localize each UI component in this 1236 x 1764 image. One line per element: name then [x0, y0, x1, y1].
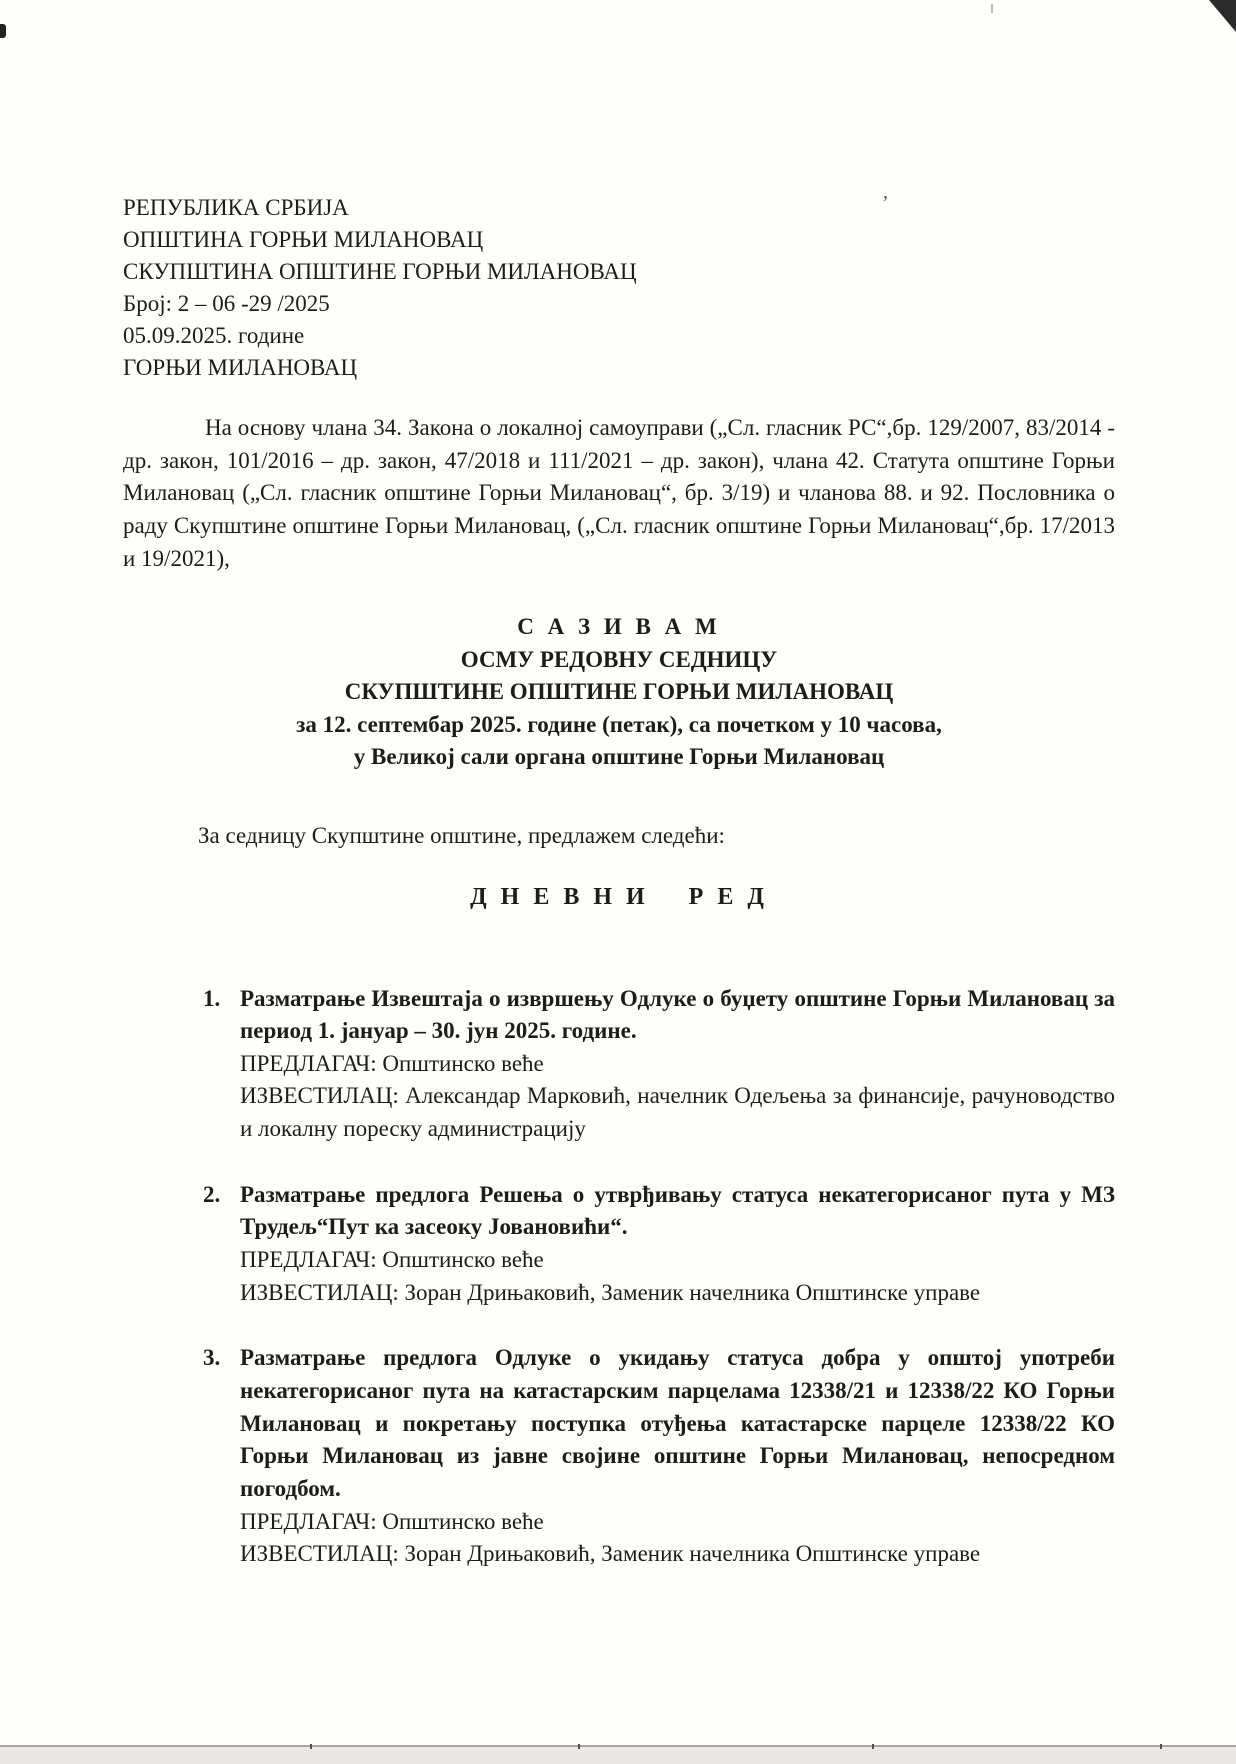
header-assembly: СКУПШТИНА ОПШТИНЕ ГОРЊИ МИЛАНОВАЦ: [123, 256, 1115, 288]
scan-speck: [310, 1744, 312, 1749]
agenda-item-title: Разматрање предлога Одлуке о укидању ста…: [240, 1342, 1115, 1505]
agenda-item-title: Разматрање предлога Решења о утврђивању …: [240, 1179, 1115, 1244]
rapporteur-label: ИЗВЕСТИЛАЦ:: [240, 1083, 399, 1108]
header-municipality: ОПШТИНА ГОРЊИ МИЛАНОВАЦ: [123, 224, 1115, 256]
proposer-value: Општинско веће: [382, 1051, 543, 1076]
agenda-item-proposer: ПРЕДЛАГАЧ: Општинско веће: [240, 1244, 1115, 1277]
agenda-item-2: 2. Разматрање предлога Решења о утврђива…: [203, 1179, 1115, 1310]
proposal-intro: За седницу Скупштине општине, предлажем …: [123, 820, 1115, 853]
proposer-label: ПРЕДЛАГАЧ:: [240, 1051, 377, 1076]
agenda-item-3: 3. Разматрање предлога Одлуке о укидању …: [203, 1342, 1115, 1571]
convocation-venue: у Великој сали органа општине Горњи Мила…: [123, 741, 1115, 774]
scan-edge-artifact: [0, 24, 6, 38]
proposer-label: ПРЕДЛАГАЧ:: [240, 1509, 377, 1534]
agenda-item-rapporteur: ИЗВЕСТИЛАЦ: Александар Марковић, начелни…: [240, 1080, 1115, 1145]
proposer-label: ПРЕДЛАГАЧ:: [240, 1247, 377, 1272]
agenda-item-rapporteur: ИЗВЕСТИЛАЦ: Зоран Дрињаковић, Заменик на…: [240, 1277, 1115, 1310]
proposer-value: Општинско веће: [382, 1509, 543, 1534]
header-republic: РЕПУБЛИКА СРБИЈА: [123, 192, 1115, 224]
scan-corner-artifact: [1209, 0, 1236, 32]
scan-speck: [1160, 1744, 1162, 1749]
rapporteur-value: Зоран Дрињаковић, Заменик начелника Општ…: [404, 1280, 980, 1305]
legal-basis-paragraph: На основу члана 34. Закона о локалној са…: [123, 412, 1115, 575]
agenda-item-proposer: ПРЕДЛАГАЧ: Општинско веће: [240, 1048, 1115, 1081]
agenda-list: 1. Разматрање Извештаја о извршењу Одлук…: [203, 983, 1115, 1572]
agenda-item-number: 2.: [203, 1179, 220, 1212]
rapporteur-value: Зоран Дрињаковић, Заменик начелника Општ…: [404, 1541, 980, 1566]
scanned-document-page: ’ РЕПУБЛИКА СРБИЈА ОПШТИНА ГОРЊИ МИЛАНОВ…: [0, 0, 1236, 1764]
scan-speck: [872, 1744, 874, 1749]
document-content: РЕПУБЛИКА СРБИЈА ОПШТИНА ГОРЊИ МИЛАНОВАЦ…: [123, 192, 1115, 1604]
scan-speck: [578, 1744, 580, 1749]
scan-bottom-edge: [0, 1745, 1236, 1764]
document-header: РЕПУБЛИКА СРБИЈА ОПШТИНА ГОРЊИ МИЛАНОВАЦ…: [123, 192, 1115, 384]
agenda-item-1: 1. Разматрање Извештаја о извршењу Одлук…: [203, 983, 1115, 1146]
agenda-item-number: 3.: [203, 1342, 220, 1375]
agenda-item-title: Разматрање Извештаја о извршењу Одлуке о…: [240, 983, 1115, 1048]
convocation-session: ОСМУ РЕДОВНУ СЕДНИЦУ: [123, 644, 1115, 677]
agenda-item-number: 1.: [203, 983, 220, 1016]
proposer-value: Општинско веће: [382, 1247, 543, 1272]
rapporteur-label: ИЗВЕСТИЛАЦ:: [240, 1280, 399, 1305]
agenda-item-proposer: ПРЕДЛАГАЧ: Општинско веће: [240, 1506, 1115, 1539]
header-place: ГОРЊИ МИЛАНОВАЦ: [123, 352, 1115, 384]
header-case-number: Број: 2 – 06 -29 /2025: [123, 288, 1115, 320]
convocation-block: С А З И В А М ОСМУ РЕДОВНУ СЕДНИЦУ СКУПШ…: [123, 611, 1115, 774]
agenda-item-rapporteur: ИЗВЕСТИЛАЦ: Зоран Дрињаковић, Заменик на…: [240, 1538, 1115, 1571]
rapporteur-label: ИЗВЕСТИЛАЦ:: [240, 1541, 399, 1566]
convocation-datetime: за 12. септембар 2025. године (петак), с…: [123, 709, 1115, 742]
scan-top-mark: [991, 4, 993, 13]
convocation-title: С А З И В А М: [123, 611, 1115, 644]
convocation-assembly: СКУПШТИНЕ ОПШТИНЕ ГОРЊИ МИЛАНОВАЦ: [123, 676, 1115, 709]
header-date: 05.09.2025. године: [123, 320, 1115, 352]
agenda-title: Д Н Е В Н И Р Е Д: [123, 880, 1115, 914]
